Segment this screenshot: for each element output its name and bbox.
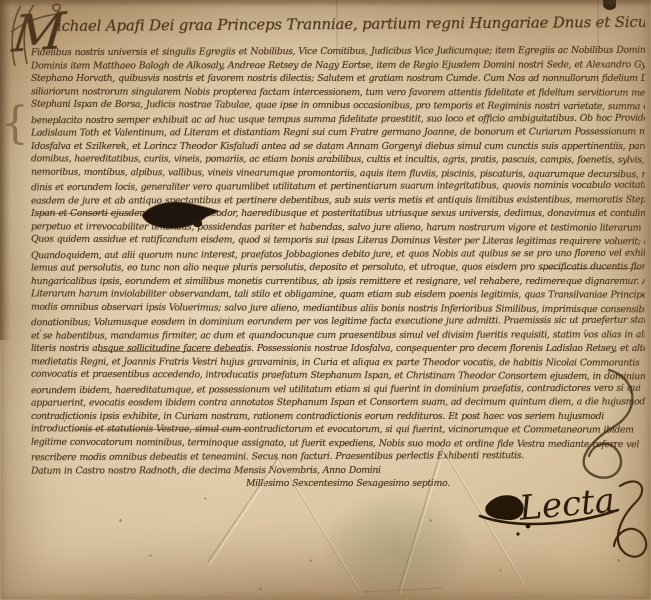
ink-underline [540, 268, 640, 269]
paper-hole [140, 197, 222, 235]
ink-underline [100, 351, 246, 352]
manuscript-line: Dominis item Matthaeo Balogh de Alkosaly… [31, 58, 645, 73]
manuscript-line: dinis et eorundem locis, generaliter ver… [31, 179, 645, 195]
signature-flourish-icon [614, 481, 646, 556]
signature-block: Lecta [468, 458, 651, 583]
fold-crease [336, 0, 338, 130]
fold-crease [597, 0, 599, 165]
manuscript-line: Ladislaum Toth et Valentinum, ad Literam… [31, 125, 645, 140]
manuscript-line: easdem de jure et ab antiquo spectantibu… [31, 193, 645, 208]
manuscript-line: Stephano Horvath, quibusvis nostris et f… [31, 72, 645, 86]
title-line: ichael Apafi Dei graa Princeps Tranniae,… [57, 13, 645, 43]
seal-impression-stain [322, 492, 472, 596]
manuscript-line: hungaricalibus ipsis, eorundem et simili… [31, 275, 645, 289]
manuscript-page: M ichael Apafi Dei graa Princeps Trannia… [0, 0, 651, 600]
manuscript-line: et se habentibus, mandamus firmiter, ac … [31, 328, 645, 343]
manuscript-line: Fidelibus nostris universis et singulis … [31, 44, 645, 60]
top-edge-shadow [0, 0, 651, 7]
manuscript-line: Idosfalva et Szilkerek, et Lorincz Theod… [31, 140, 645, 154]
signature-text: Lecta [517, 481, 617, 529]
manuscript-line: literis nostris absque sollicitudine fac… [31, 342, 645, 356]
ink-underline [75, 429, 251, 430]
left-edge-shadow [0, 0, 11, 340]
manuscript-line: donationibus; Volumusque eosdem in domin… [31, 314, 645, 330]
manuscript-line: domibus, haereditatibus, curiis, vineis,… [31, 152, 645, 167]
ink-underline [36, 213, 140, 214]
manuscript-line: Literarum harum inviolabiliter observand… [31, 287, 645, 302]
